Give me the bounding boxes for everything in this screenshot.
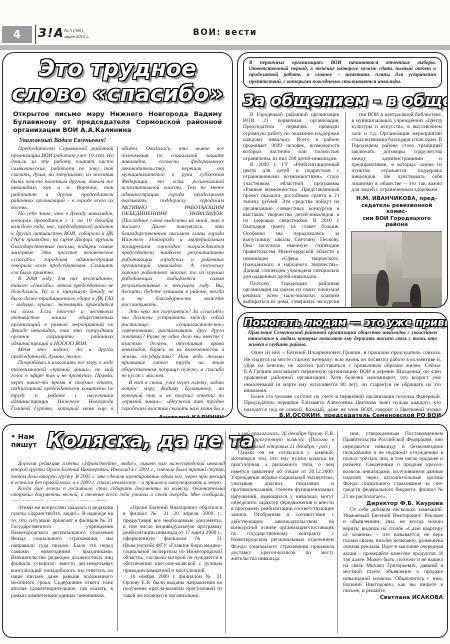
letter-lede: Открытое письмо мэру Нижнего Новгорода В… (13, 111, 222, 134)
letters-col2: «Орлов Евгений Викторович обратился в фи… (117, 505, 222, 631)
society-col2-text: тия ВОИ в центральной библиотеке, в муни… (351, 112, 442, 193)
photo-figure2 (410, 284, 421, 308)
photo-wheelchair (392, 302, 412, 308)
society-intro: В первичных организациях ВОИ начинаются … (243, 57, 442, 88)
photo-figure (376, 270, 389, 306)
photo-building (402, 232, 442, 278)
article-open-letter: Это трудное слово «спасибо» Открытое пис… (2, 52, 233, 418)
society-headline: За общением – в общество (243, 91, 442, 110)
letters-intro: Дорогая редакция газеты «Здравствуйте, л… (11, 461, 225, 501)
letter-headline-line1: Это трудное (11, 57, 224, 82)
letters-col1: Этими же вопросами задалась и редакция г… (11, 505, 113, 631)
rubric-label: • Нам пишут (11, 433, 45, 449)
street-photo (351, 231, 442, 308)
photo-caption-line1: Н.М. ИВАНЧИКОВА, пред- (351, 196, 442, 202)
habit-lede: Правление Семеновской районной организац… (248, 330, 437, 348)
letter-signature: Анатолий КАЛИНИН (11, 415, 224, 418)
header-rule (0, 45, 450, 50)
section-title: ВОИ: вести (0, 28, 450, 38)
habit-signature: В.И.ОСОКИН, председатель Семеновской РО … (244, 413, 441, 418)
letters-col3: к ней прилагалась. 26 декабря Орлову Е.В… (225, 431, 334, 633)
letter-headline-line2: слово «спасибо» (11, 82, 224, 107)
letters-col3-text: Однако он не согласился с заменой, мотив… (231, 450, 334, 563)
letters-col3-editor-note: к ней прилагалась. 26 декабря Орлову Е.В… (231, 431, 334, 450)
letters-col4-bottom: От себя добавим несколько замечаний. Ува… (343, 507, 443, 595)
photo-caption-line2: седатель ревизионной комис- (351, 203, 442, 216)
photo-building2 (352, 240, 386, 274)
article-society: В первичных организациях ВОИ начинаются … (237, 52, 448, 308)
society-col1: В Городецкой районной организации ВОИ 21… (243, 112, 339, 308)
habit-body: Один из них – Евгений Илларионович Гроши… (244, 350, 441, 412)
author-signature: Светлана ИСАКОВА (343, 595, 443, 601)
photo-caption-line3: сии ВОИ Городецкого района (351, 216, 442, 229)
letter-body: Председателем Сормовской районной органи… (11, 146, 224, 414)
letter-salutation: Уважаемый Вадим Евгеньевич! (11, 137, 224, 144)
article-letters: • Нам пишут Коляска, да не та Дорогая ре… (2, 424, 448, 638)
letters-headline: Коляска, да не та (47, 428, 229, 452)
letters-col4: нии, утвержденным Постановлением Правите… (337, 431, 443, 633)
habit-headline: Помогать людям — это уже привычка (244, 317, 441, 329)
letters-col4-top: нии, утвержденным Постановлением Правите… (343, 431, 443, 500)
society-col2: тия ВОИ в центральной библиотеке, в муни… (345, 112, 442, 308)
photo-caption: Н.М. ИВАНЧИКОВА, пред- седатель ревизион… (351, 196, 442, 228)
article-habit: Помогать людям — это уже привычка Правле… (237, 312, 448, 418)
